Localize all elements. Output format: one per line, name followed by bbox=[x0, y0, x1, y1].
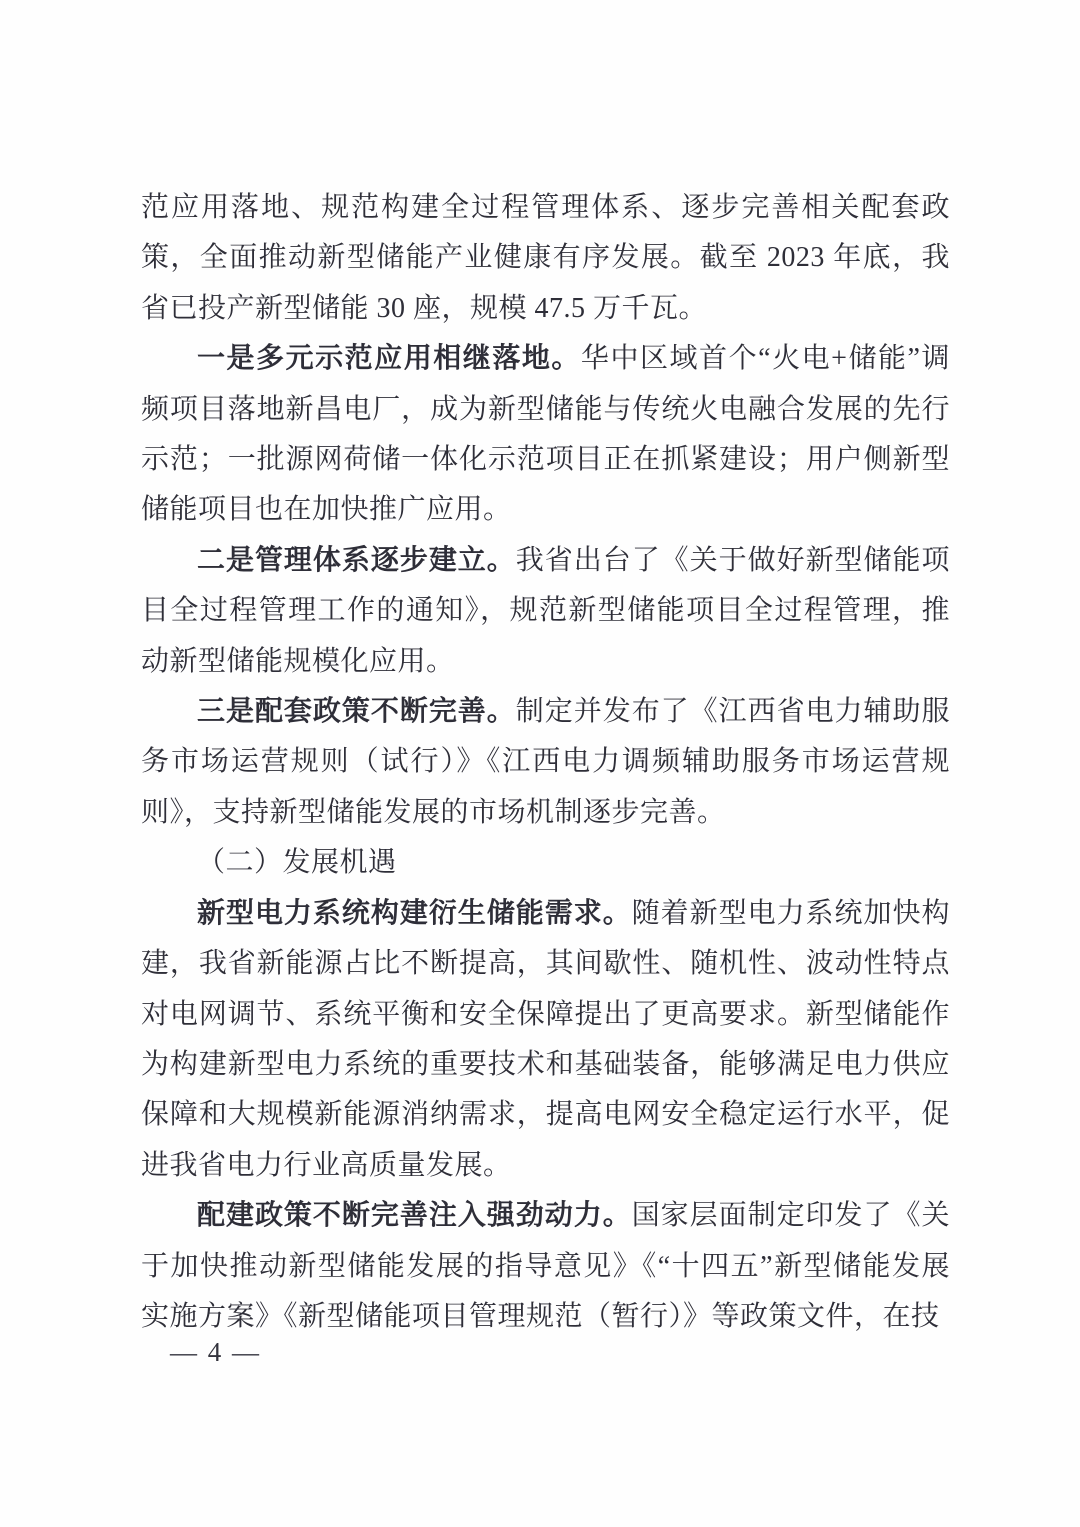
document-body: 范应用落地、规范构建全过程管理体系、逐步完善相关配套政策，全面推动新型储能产业健… bbox=[141, 183, 950, 1342]
paragraph-lead: 二是管理体系逐步建立。 bbox=[197, 545, 516, 576]
document-page: 范应用落地、规范构建全过程管理体系、逐步完善相关配套政策，全面推动新型储能产业健… bbox=[0, 0, 1080, 1527]
section-heading: （二）发展机遇 bbox=[141, 838, 950, 888]
paragraph-text: 范应用落地、规范构建全过程管理体系、逐步完善相关配套政策，全面推动新型储能产业健… bbox=[141, 192, 950, 324]
paragraph-text: 随着新型电力系统加快构建，我省新能源占比不断提高，其间歇性、随机性、波动性特点对… bbox=[141, 898, 950, 1181]
paragraph: 配建政策不断完善注入强劲动力。国家层面制定印发了《关于加快推动新型储能发展的指导… bbox=[141, 1191, 950, 1342]
paragraph-lead: 新型电力系统构建衍生储能需求。 bbox=[197, 898, 632, 929]
paragraph: 二是管理体系逐步建立。我省出台了《关于做好新型储能项目全过程管理工作的通知》，规… bbox=[141, 536, 950, 687]
paragraph-continuation: 范应用落地、规范构建全过程管理体系、逐步完善相关配套政策，全面推动新型储能产业健… bbox=[141, 183, 950, 334]
paragraph: 新型电力系统构建衍生储能需求。随着新型电力系统加快构建，我省新能源占比不断提高，… bbox=[141, 889, 950, 1191]
paragraph: 一是多元示范应用相继落地。华中区域首个“火电+储能”调频项目落地新昌电厂，成为新… bbox=[141, 334, 950, 536]
page-number: — 4 — bbox=[170, 1337, 261, 1368]
paragraph-lead: 配建政策不断完善注入强劲动力。 bbox=[197, 1200, 632, 1231]
paragraph: 三是配套政策不断完善。制定并发布了《江西省电力辅助服务市场运营规则（试行）》《江… bbox=[141, 687, 950, 838]
paragraph-lead: 三是配套政策不断完善。 bbox=[197, 696, 516, 727]
paragraph-lead: 一是多元示范应用相继落地。 bbox=[197, 343, 581, 374]
section-heading-text: （二）发展机遇 bbox=[197, 847, 397, 878]
